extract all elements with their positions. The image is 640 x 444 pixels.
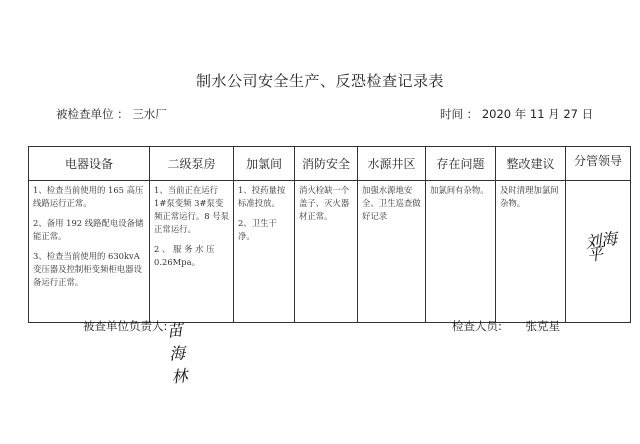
cell-suggestions: 及时清理加氯间杂物。 [496,181,566,323]
cell-leader: 刘海平 [566,181,631,323]
fire-safety-item: 消火栓缺一个盖子、灭火器材正常。 [299,184,354,223]
cell-chlorination: 1、投药量按标准投放。 2、卫生干净。 [234,181,295,323]
chlorination-item: 2、卫生干净。 [238,217,291,243]
cell-issues: 加氯间有杂物。 [426,181,496,323]
inspector: 检查人员: 张克星 [452,318,560,334]
responsible-signature: 苗海林 [166,317,189,387]
pump-room-item: 1、当前正在运行 1#泵变频 3#泵变频正常运行。8 号泵正常运行。 [154,184,230,236]
document-title: 制水公司安全生产、反恐检查记录表 [0,70,640,91]
electrical-item: 2、备用 192 线路配电设备储能正常。 [33,217,146,243]
issues-item: 加氯间有杂物。 [430,184,492,197]
responsible-label: 被查单位负责人: [83,319,167,333]
header-chlorination: 加氯间 [234,147,295,181]
date-value: 2020 年 11 月 27 日 [482,107,593,121]
inspected-unit-value: 三水厂 [132,107,167,121]
leader-signature: 刘海平 [584,230,631,262]
inspected-unit: 被检查单位 ： 三水厂 [56,106,167,122]
cell-pump-room: 1、当前正在运行 1#泵变频 3#泵变频正常运行。8 号泵正常运行。 2 、 服… [150,181,234,323]
header-water-source: 水源井区 [358,147,426,181]
electrical-item: 1、检查当前使用的 165 高压线路运行正常。 [33,184,146,210]
inspection-date: 时间 ： 2020 年 11 月 27 日 [440,106,593,122]
cell-fire-safety: 消火栓缺一个盖子、灭火器材正常。 [295,181,358,323]
responsible-person: 被查单位负责人: 苗海林 [83,318,167,334]
header-fire-safety: 消防安全 [295,147,358,181]
table-row: 1、检查当前使用的 165 高压线路运行正常。 2、备用 192 线路配电设备储… [29,181,631,323]
date-label: 时间 ： [440,107,478,121]
chlorination-item: 1、投药量按标准投放。 [238,184,291,210]
table-header-row: 电器设备 二级泵房 加氯间 消防安全 水源井区 存在问题 整改建议 分管领导 [29,147,631,181]
header-issues: 存在问题 [426,147,496,181]
cell-water-source: 加强水源地安全、卫生巡查做好记录 [358,181,426,323]
header-pump-room: 二级泵房 [150,147,234,181]
suggestions-item: 及时清理加氯间杂物。 [500,184,562,210]
inspector-name: 张克星 [526,319,561,333]
inspection-table: 电器设备 二级泵房 加氯间 消防安全 水源井区 存在问题 整改建议 分管领导 1… [28,146,631,323]
inspected-unit-label: 被检查单位 ： [56,107,129,121]
electrical-item: 3、检查当前使用的 630kvA 变压器及控制柜变频柜电器设备运行正常。 [33,250,146,289]
inspector-label: 检查人员: [452,319,502,333]
header-leader: 分管领导 [566,147,631,181]
pump-room-item: 2 、 服 务 水 压 0.26Mpa。 [154,243,230,269]
header-electrical: 电器设备 [29,147,150,181]
water-source-item: 加强水源地安全、卫生巡查做好记录 [362,184,422,223]
header-suggestions: 整改建议 [496,147,566,181]
cell-electrical: 1、检查当前使用的 165 高压线路运行正常。 2、备用 192 线路配电设备储… [29,181,150,323]
